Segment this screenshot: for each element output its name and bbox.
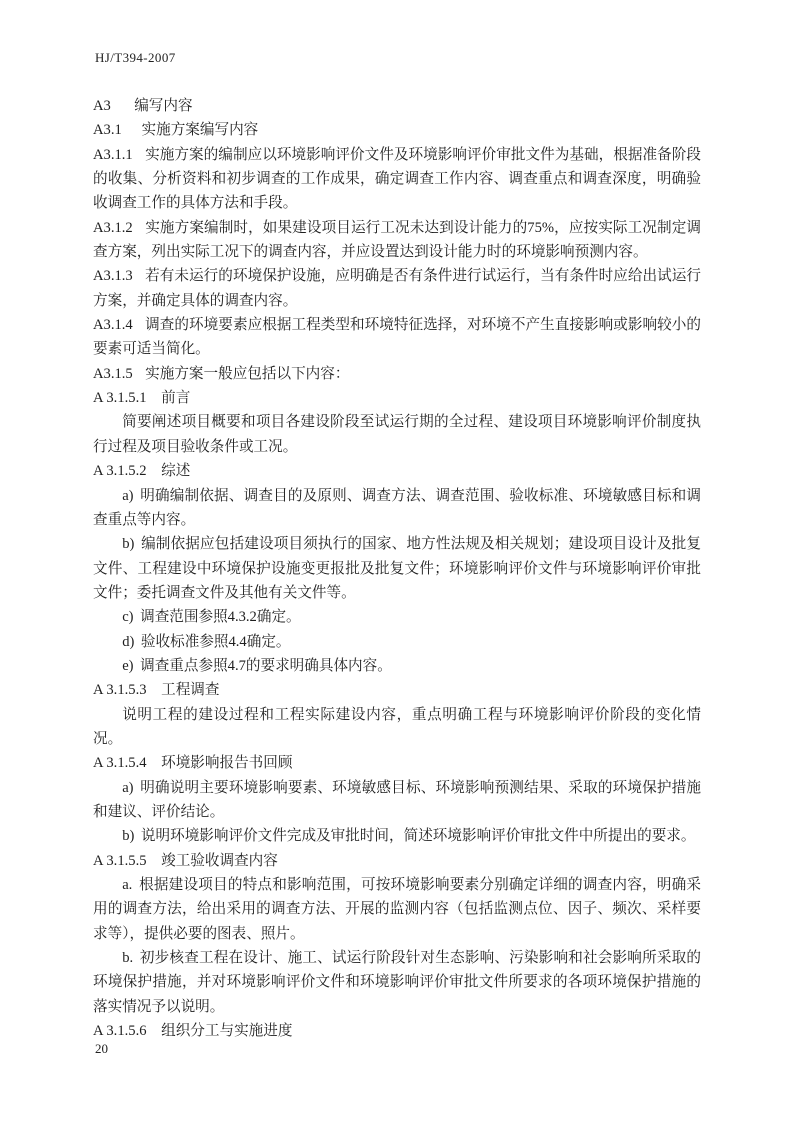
clause-text: 实施方案编写内容 — [142, 122, 259, 138]
paragraph: e)调查重点参照4.7的要求明确具体内容。 — [93, 654, 701, 678]
clause-label: A3.1.3 — [93, 268, 133, 284]
clause-text: 实施方案编制时，如果建设项目运行工况未达到设计能力的75%，应按实际工况制定调查… — [93, 220, 701, 260]
clause-label: e) — [122, 658, 133, 674]
clause-label: A 3.1.5.1 — [93, 390, 147, 406]
clause-label: A 3.1.5.3 — [93, 682, 147, 698]
clause-text: 环境影响报告书回顾 — [161, 755, 292, 771]
paragraph: A3.1.4调查的环境要素应根据工程类型和环境特征选择，对环境不产生直接影响或影… — [93, 313, 701, 362]
clause-label: a) — [122, 780, 133, 796]
clause-label: a. — [122, 877, 132, 893]
clause-label: A3.1 — [93, 122, 122, 138]
page-number: 20 — [95, 1041, 108, 1057]
paragraph: A 3.1.5.3工程调查 — [93, 678, 701, 702]
clause-label: c) — [122, 609, 133, 625]
paragraph: A 3.1.5.1前言 — [93, 386, 701, 410]
paragraph: A 3.1.5.4环境影响报告书回顾 — [93, 751, 701, 775]
paragraph: A3.1实施方案编写内容 — [93, 118, 701, 142]
clause-label: b) — [122, 828, 134, 844]
running-header: HJ/T394-2007 — [95, 50, 176, 66]
clause-text: 竣工验收调查内容 — [161, 853, 278, 869]
paragraph: c)调查范围参照4.3.2确定。 — [93, 605, 701, 629]
clause-text: 明确说明主要环境影响要素、环境敏感目标、环境影响预测结果、采取的环境保护措施和建… — [93, 780, 701, 820]
clause-text: 根据建设项目的特点和影响范围，可按环境影响要素分别确定详细的调查内容，明确采用的… — [93, 877, 701, 942]
paragraph: A3编写内容 — [93, 94, 701, 118]
paragraph: a)明确编制依据、调查目的及原则、调查方法、调查范围、验收标准、环境敏感目标和调… — [93, 484, 701, 533]
paragraph: A3.1.5实施方案一般应包括以下内容： — [93, 362, 701, 386]
clause-text: 编写内容 — [134, 98, 192, 114]
clause-text: 实施方案的编制应以环境影响评价文件及环境影响评价审批文件为基础，根据准备阶段的收… — [93, 147, 701, 212]
paragraph: A3.1.2实施方案编制时，如果建设项目运行工况未达到设计能力的75%，应按实际… — [93, 216, 701, 265]
clause-text: 验收标准参照4.4确定。 — [141, 634, 291, 650]
paragraph: A 3.1.5.6组织分工与实施进度 — [93, 1019, 701, 1043]
clause-text: 简要阐述项目概要和项目各建设阶段至试运行期的全过程、建设项目环境影响评价制度执行… — [93, 414, 701, 454]
paragraph: A 3.1.5.5竣工验收调查内容 — [93, 849, 701, 873]
clause-label: A3.1.1 — [93, 147, 133, 163]
clause-text: 实施方案一般应包括以下内容： — [145, 366, 349, 382]
clause-text: 若有未运行的环境保护设施，应明确是否有条件进行试运行，当有条件时应给出试运行方案… — [93, 268, 701, 308]
paragraph: a)明确说明主要环境影响要素、环境敏感目标、环境影响预测结果、采取的环境保护措施… — [93, 776, 701, 825]
clause-label: A 3.1.5.4 — [93, 755, 147, 771]
clause-label: A 3.1.5.6 — [93, 1023, 147, 1039]
clause-label: A3 — [93, 98, 111, 114]
clause-text: 工程调查 — [161, 682, 219, 698]
paragraph: b)说明环境影响评价文件完成及审批时间，简述环境影响评价审批文件中所提出的要求。 — [93, 824, 701, 848]
clause-text: 编制依据应包括建设项目须执行的国家、地方性法规及相关规划；建设项目设计及批复文件… — [93, 536, 701, 601]
clause-text: 调查重点参照4.7的要求明确具体内容。 — [140, 658, 392, 674]
clause-text: 调查范围参照4.3.2确定。 — [140, 609, 301, 625]
clause-text: 初步核查工程在设计、施工、试运行阶段针对生态影响、污染影响和社会影响所采取的环境… — [93, 950, 701, 1015]
clause-text: 调查的环境要素应根据工程类型和环境特征选择，对环境不产生直接影响或影响较小的要素… — [93, 317, 701, 357]
clause-label: A3.1.4 — [93, 317, 133, 333]
paragraph: a.根据建设项目的特点和影响范围，可按环境影响要素分别确定详细的调查内容，明确采… — [93, 873, 701, 946]
clause-label: a) — [122, 488, 133, 504]
clause-text: 综述 — [161, 463, 190, 479]
clause-text: 说明环境影响评价文件完成及审批时间，简述环境影响评价审批文件中所提出的要求。 — [141, 828, 696, 844]
paragraph: b.初步核查工程在设计、施工、试运行阶段针对生态影响、污染影响和社会影响所采取的… — [93, 946, 701, 1019]
clause-label: A3.1.2 — [93, 220, 133, 236]
paragraph: 简要阐述项目概要和项目各建设阶段至试运行期的全过程、建设项目环境影响评价制度执行… — [93, 410, 701, 459]
clause-label: d) — [122, 634, 134, 650]
paragraph: A3.1.3若有未运行的环境保护设施，应明确是否有条件进行试运行，当有条件时应给… — [93, 264, 701, 313]
clause-label: b) — [122, 536, 134, 552]
paragraph: b)编制依据应包括建设项目须执行的国家、地方性法规及相关规划；建设项目设计及批复… — [93, 532, 701, 605]
clause-label: A 3.1.5.5 — [93, 853, 147, 869]
paragraph: A 3.1.5.2综述 — [93, 459, 701, 483]
paragraph: 说明工程的建设过程和工程实际建设内容，重点明确工程与环境影响评价阶段的变化情况。 — [93, 703, 701, 752]
clause-text: 说明工程的建设过程和工程实际建设内容，重点明确工程与环境影响评价阶段的变化情况。 — [93, 707, 701, 747]
clause-text: 明确编制依据、调查目的及原则、调查方法、调查范围、验收标准、环境敏感目标和调查重… — [93, 488, 701, 528]
document-page: HJ/T394-2007 A3编写内容 A3.1实施方案编写内容 A3.1.1实… — [0, 0, 794, 1123]
clause-label: A3.1.5 — [93, 366, 133, 382]
paragraph: d)验收标准参照4.4确定。 — [93, 630, 701, 654]
clause-label: b. — [122, 950, 133, 966]
clause-text: 组织分工与实施进度 — [161, 1023, 292, 1039]
document-body: A3编写内容 A3.1实施方案编写内容 A3.1.1实施方案的编制应以环境影响评… — [93, 94, 701, 1043]
clause-label: A 3.1.5.2 — [93, 463, 147, 479]
paragraph: A3.1.1实施方案的编制应以环境影响评价文件及环境影响评价审批文件为基础，根据… — [93, 143, 701, 216]
clause-text: 前言 — [161, 390, 190, 406]
